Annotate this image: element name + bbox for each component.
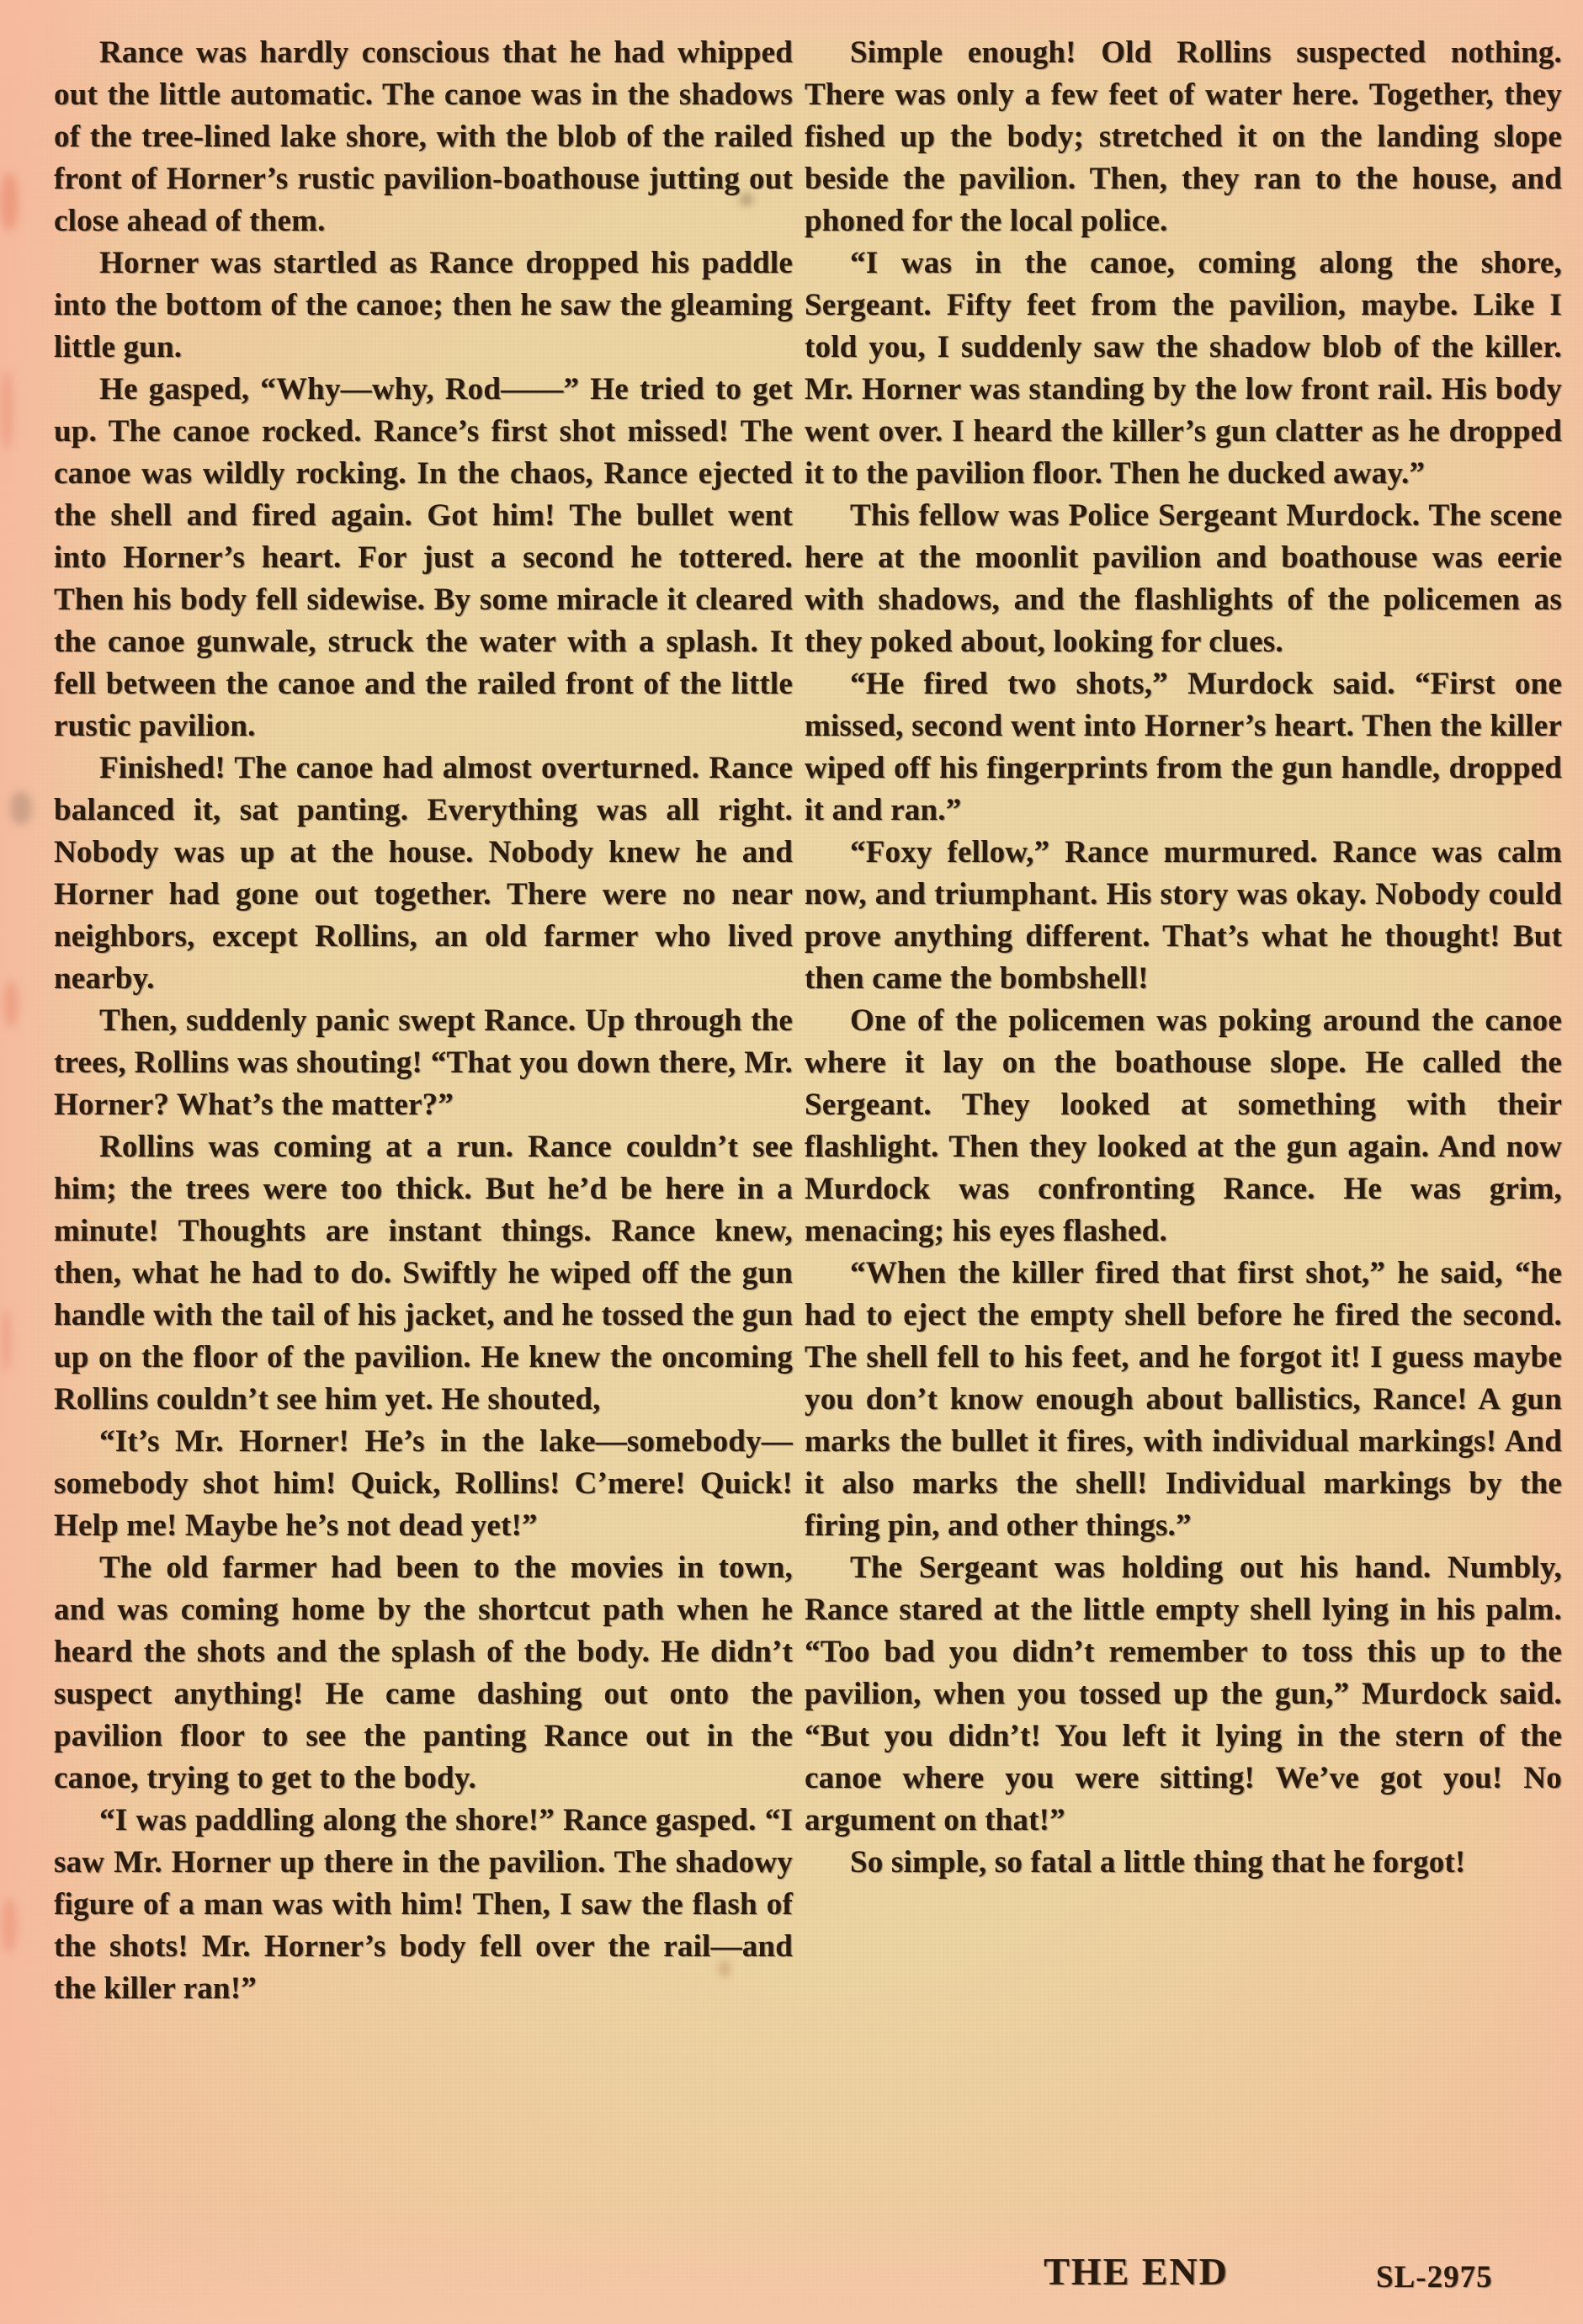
story-paragraph: “It’s Mr. Horner! He’s in the lake—someb… — [54, 1421, 793, 1547]
story-paragraph: “When the killer fired that first shot,”… — [805, 1252, 1562, 1547]
right-text-column: Simple enough! Old Rollins suspected not… — [805, 32, 1562, 1884]
story-paragraph: “I was paddling along the shore!” Rance … — [54, 1800, 793, 2010]
ink-speck — [0, 370, 13, 450]
story-paragraph: He gasped, “Why—why, Rod——” He tried to … — [54, 369, 793, 747]
ink-speck — [2, 1898, 17, 1953]
story-paragraph: One of the policemen was poking around t… — [805, 1000, 1562, 1252]
story-paragraph: So simple, so fatal a little thing that … — [805, 1842, 1562, 1884]
story-paragraph: Horner was startled as Rance dropped his… — [54, 242, 793, 369]
story-paragraph: This fellow was Police Sergeant Murdock.… — [805, 495, 1562, 663]
story-paragraph: “I was in the canoe, coming along the sh… — [805, 242, 1562, 495]
story-paragraph: Rance was hardly conscious that he had w… — [54, 32, 793, 242]
story-paragraph: Simple enough! Old Rollins suspected not… — [805, 32, 1562, 242]
story-code-label: SL-2975 — [1376, 2259, 1493, 2295]
story-paragraph: Rollins was coming at a run. Rance could… — [54, 1126, 793, 1421]
ink-speck — [0, 1309, 12, 1372]
story-paragraph: Then, suddenly panic swept Rance. Up thr… — [54, 1000, 793, 1126]
ink-speck — [0, 173, 19, 231]
ink-speck — [10, 791, 32, 825]
ink-speck — [3, 981, 19, 1027]
story-paragraph: The old farmer had been to the movies in… — [54, 1547, 793, 1800]
story-paragraph: “Foxy fellow,” Rance murmured. Rance was… — [805, 832, 1562, 1000]
story-paragraph: “He fired two shots,” Murdock said. “Fir… — [805, 663, 1562, 832]
left-text-column: Rance was hardly conscious that he had w… — [54, 32, 793, 2010]
the-end-label: THE END — [968, 2249, 1304, 2294]
story-paragraph: Finished! The canoe had almost overturne… — [54, 747, 793, 1000]
story-paragraph: The Sergeant was holding out his hand. N… — [805, 1547, 1562, 1842]
